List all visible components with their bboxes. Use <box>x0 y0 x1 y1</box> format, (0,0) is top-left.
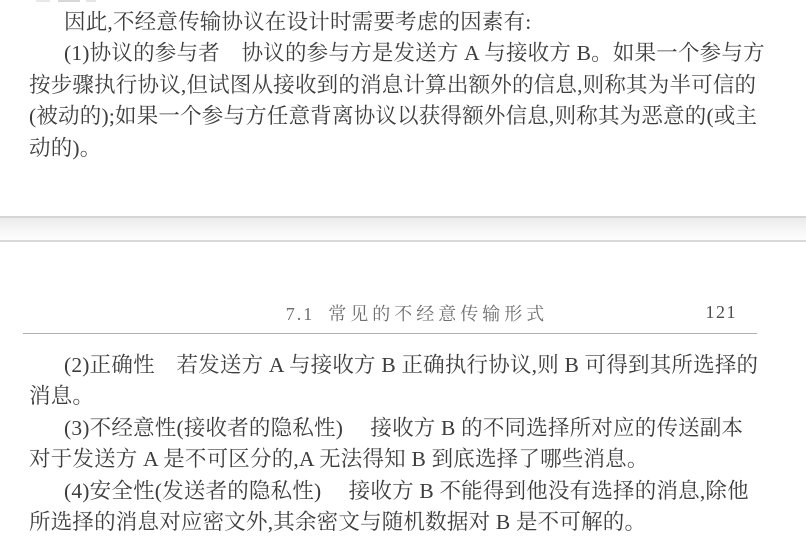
document-viewer: 因此,不经意传输协议在设计时需要考虑的因素有: (1)协议的参与者 协议的参与方… <box>0 0 806 547</box>
item1-line-3: (被动的);如果一个参与方任意背离协议以获得额外信息,则称其为恶意的(或主 <box>29 101 771 132</box>
item1-line-2: 按步骤执行协议,但试图从接收到的消息计算出额外的信息,则称其为半可信的 <box>29 70 771 101</box>
body-text-current-page: (2)正确性 若发送方 A 与接收方 B 正确执行协议,则 B 可得到其所选择的… <box>29 350 771 538</box>
section-title: 常见的不经意传输形式 <box>328 304 548 324</box>
page-current: 7.1常见的不经意传输形式 121 (2)正确性 若发送方 A 与接收方 B 正… <box>0 242 806 547</box>
clipped-text-fragment <box>36 0 96 3</box>
body-text-previous-page: 因此,不经意传输协议在设计时需要考虑的因素有: (1)协议的参与者 协议的参与方… <box>29 7 771 164</box>
item1-line-4: 动的)。 <box>29 133 771 164</box>
item3-line-2: 对于发送方 A 是不可区分的,A 无法得知 B 到底选择了哪些消息。 <box>29 444 771 475</box>
item4-line-1: (4)安全性(发送者的隐私性) 接收方 B 不能得到他没有选择的消息,除他 <box>29 476 771 507</box>
running-header-title: 7.1常见的不经意传输形式 <box>286 300 549 326</box>
item2-line-2: 消息。 <box>29 381 771 412</box>
paragraph-intro: 因此,不经意传输协议在设计时需要考虑的因素有: <box>29 7 771 38</box>
item4-line-2: 所选择的消息对应密文外,其余密文与随机数据对 B 是不可解的。 <box>29 507 771 538</box>
page-previous: 因此,不经意传输协议在设计时需要考虑的因素有: (1)协议的参与者 协议的参与方… <box>0 0 806 216</box>
page-separator <box>0 216 806 242</box>
item1-line-1: (1)协议的参与者 协议的参与方是发送方 A 与接收方 B。如果一个参与方 <box>29 38 771 69</box>
item2-line-1: (2)正确性 若发送方 A 与接收方 B 正确执行协议,则 B 可得到其所选择的 <box>29 350 771 381</box>
header-rule <box>23 333 757 334</box>
section-number: 7.1 <box>286 304 315 324</box>
page-number: 121 <box>706 302 738 323</box>
item3-line-1: (3)不经意性(接收者的隐私性) 接收方 B 的不同选择所对应的传送副本 <box>29 413 771 444</box>
running-header: 7.1常见的不经意传输形式 121 <box>0 300 806 322</box>
